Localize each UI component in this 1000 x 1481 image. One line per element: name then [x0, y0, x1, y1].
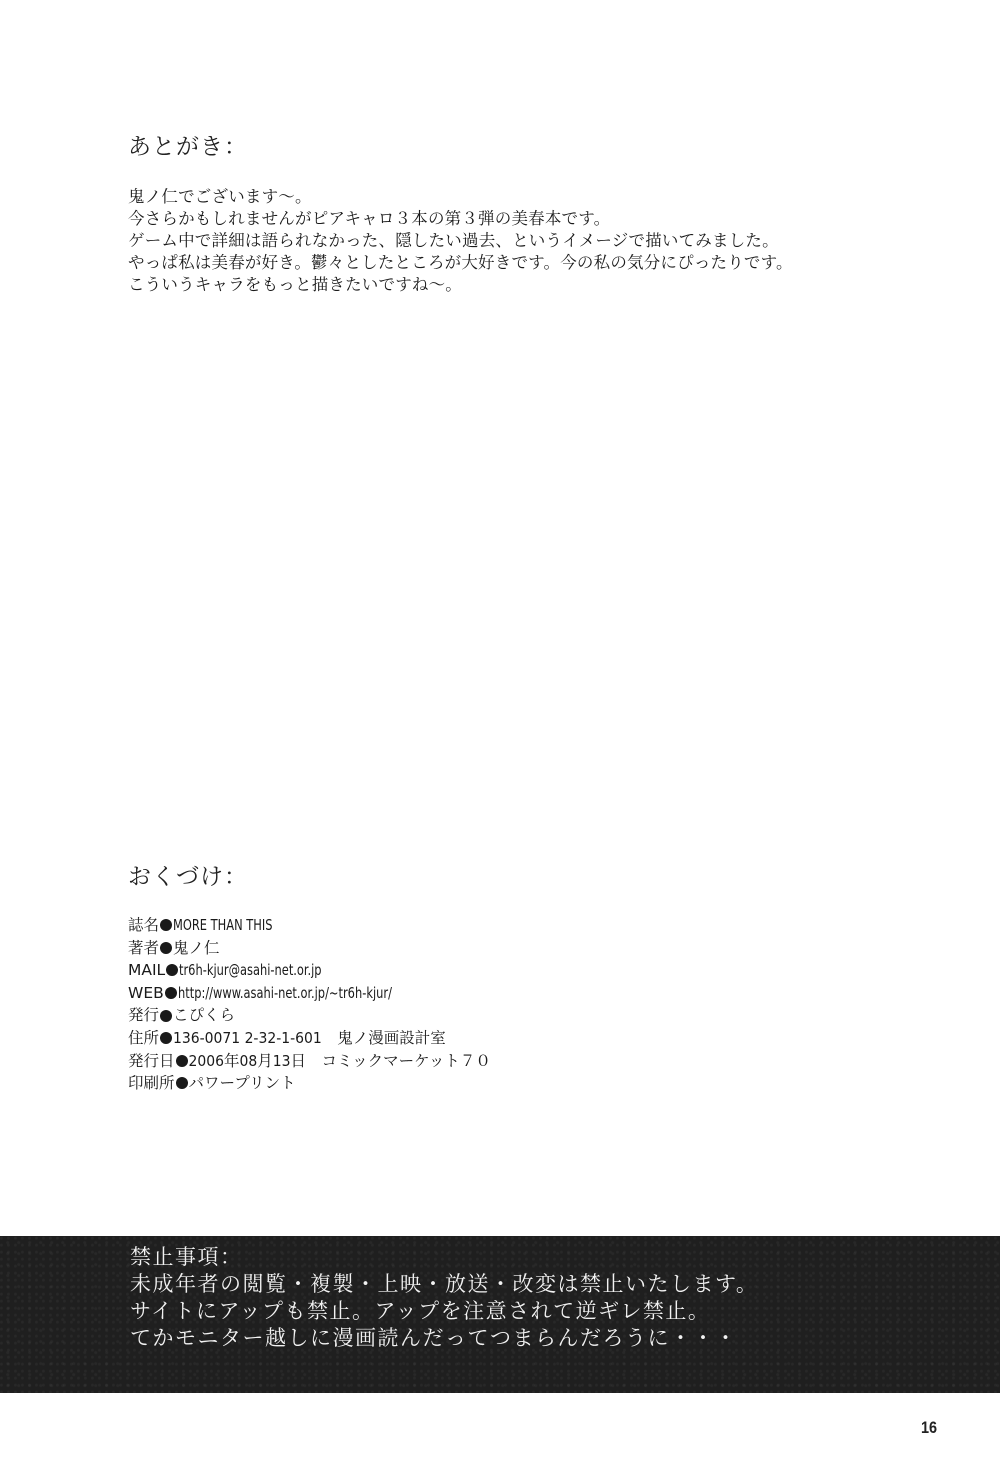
afterword-line: こういうキャラをもっと描きたいですね～。 — [128, 274, 793, 296]
colophon-heading: おくづけ： — [128, 858, 248, 891]
website-link[interactable]: http://www.asahi-net.or.jp/~tr6h-kjur/ — [178, 982, 392, 1005]
colophon-label: 発行日 — [128, 1050, 175, 1073]
page-number: 16 — [921, 1418, 937, 1438]
colophon-label: MAIL — [128, 959, 165, 982]
bullet-icon — [160, 919, 172, 931]
bullet-icon — [160, 942, 172, 954]
colophon-row-title: 誌名 MORE THAN THIS — [128, 914, 491, 937]
colophon-row-printer: 印刷所 パワープリント — [128, 1072, 491, 1095]
colophon-label: 誌名 — [128, 914, 159, 937]
colophon-value: こぴくら — [173, 1004, 235, 1027]
colophon-row-mail: MAIL tr6h-kjur@asahi-net.or.jp — [128, 959, 491, 982]
warning-heading: 禁止事項： — [130, 1244, 758, 1271]
warning-text: 禁止事項： 未成年者の閲覧・複製・上映・放送・改変は禁止いたします。 サイトにア… — [130, 1244, 758, 1352]
bullet-icon — [176, 1077, 188, 1089]
afterword-heading: あとがき： — [128, 128, 248, 161]
colophon-row-address: 住所 136-0071 2-32-1-601 鬼ノ漫画設計室 — [128, 1027, 491, 1050]
bullet-icon — [165, 987, 177, 999]
warning-line: てかモニター越しに漫画読んだってつまらんだろうに・・・ — [130, 1325, 758, 1352]
colophon-value: パワープリント — [189, 1072, 296, 1095]
colophon-row-publisher: 発行 こぴくら — [128, 1004, 491, 1027]
warning-line: サイトにアップも禁止。アップを注意されて逆ギレ禁止。 — [130, 1298, 758, 1325]
afterword-line: やっぱ私は美春が好き。鬱々としたところが大好きです。今の私の気分にぴったりです。 — [128, 252, 793, 274]
bullet-icon — [160, 1032, 172, 1044]
colophon-row-author: 著者 鬼ノ仁 — [128, 937, 491, 960]
colophon-value: 136-0071 2-32-1-601 鬼ノ漫画設計室 — [173, 1027, 446, 1050]
colophon-value: 2006年08月13日 コミックマーケット７０ — [189, 1050, 491, 1073]
afterword-line: 今さらかもしれませんがピアキャロ３本の第３弾の美春本です。 — [128, 208, 793, 230]
colophon-list: 誌名 MORE THAN THIS 著者 鬼ノ仁 MAIL tr6h-kjur@… — [128, 914, 491, 1095]
colophon-row-web: WEB http://www.asahi-net.or.jp/~tr6h-kju… — [128, 982, 491, 1005]
email-link[interactable]: tr6h-kjur@asahi-net.or.jp — [179, 959, 322, 982]
colophon-label: 住所 — [128, 1027, 159, 1050]
bullet-icon — [166, 964, 178, 976]
colophon-value: 鬼ノ仁 — [173, 937, 220, 960]
colophon-label: WEB — [128, 982, 164, 1005]
colophon-label: 印刷所 — [128, 1072, 175, 1095]
colophon-label: 発行 — [128, 1004, 159, 1027]
warning-line: 未成年者の閲覧・複製・上映・放送・改変は禁止いたします。 — [130, 1271, 758, 1298]
afterword-line: ゲーム中で詳細は語られなかった、隠したい過去、というイメージで描いてみました。 — [128, 230, 793, 252]
bullet-icon — [160, 1010, 172, 1022]
colophon-row-date: 発行日 2006年08月13日 コミックマーケット７０ — [128, 1050, 491, 1073]
afterword-body: 鬼ノ仁でございます～。 今さらかもしれませんがピアキャロ３本の第３弾の美春本です… — [128, 186, 793, 296]
warning-banner: 禁止事項： 未成年者の閲覧・複製・上映・放送・改変は禁止いたします。 サイトにア… — [0, 1236, 1000, 1393]
bullet-icon — [176, 1055, 188, 1067]
colophon-value: MORE THAN THIS — [173, 914, 272, 937]
afterword-line: 鬼ノ仁でございます～。 — [128, 186, 793, 208]
colophon-label: 著者 — [128, 937, 159, 960]
